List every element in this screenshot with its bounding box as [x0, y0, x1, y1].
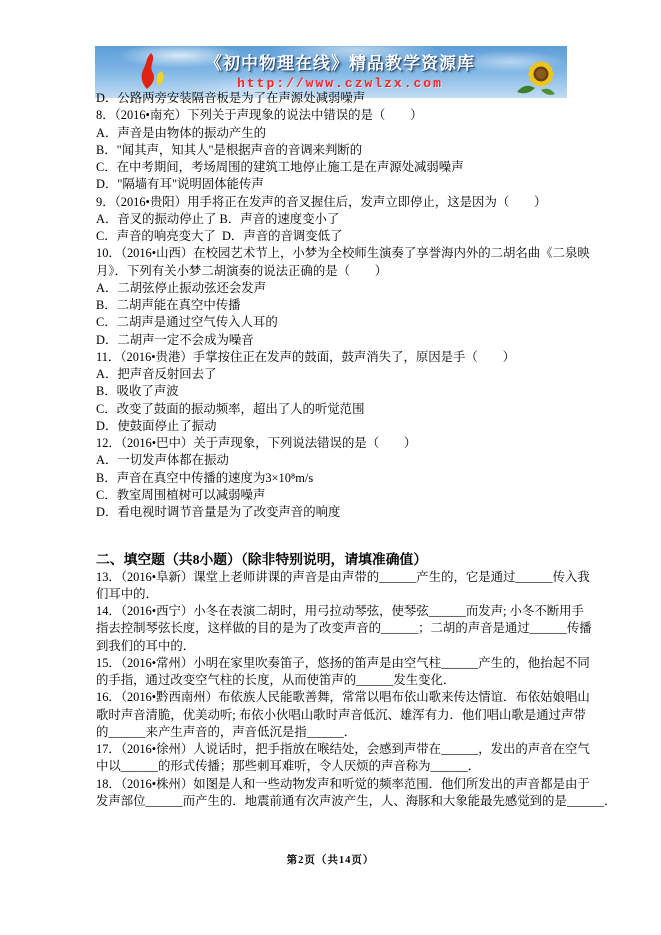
section-heading: 二、填空题（共8小题）（除非特别说明，请填准确值） — [96, 551, 574, 568]
text-line: 15．（2016•常州）小明在家里吹奏笛子，悠扬的笛声是由空气柱______产生… — [96, 655, 574, 672]
text-line: 中以______的形式传播；那些刺耳难听，令人厌烦的声音称为______． — [96, 758, 574, 775]
text-line: 歌时声音清脆，优美动听; 布依小伙唱山歌时声音低沉、雄浑有力．他们唱山歌是通过声… — [96, 707, 574, 724]
text-line: 9．（2016•贵阳）用手将正在发声的音叉握住后，发声立即停止，这是因为（ ） — [96, 194, 574, 211]
text-line: 月》．下列有关小梦二胡演奏的说法正确的是（ ） — [96, 263, 574, 280]
text-line: A．声音是由物体的振动产生的 — [96, 125, 574, 142]
text-line: A．一切发声体都在振动 — [96, 452, 574, 469]
text-line: A．把声音反射回去了 — [96, 366, 574, 383]
text-line: D．"隔墙有耳"说明固体能传声 — [96, 176, 574, 193]
text-line: 18．（2016•株州）如图是人和一些动物发声和听觉的频率范围．他们所发出的声音… — [96, 776, 574, 793]
text-line: 13．（2016•阜新）课堂上老师讲课的声音是由声带的______产生的，它是通… — [96, 569, 574, 586]
text-line: 到我们的耳中的． — [96, 638, 574, 655]
text-line: B．吸收了声波 — [96, 383, 574, 400]
banner-url-link[interactable]: http://www.czwlzx.com — [190, 76, 490, 91]
banner-title: 《初中物理在线》精品教学资源库 — [190, 49, 490, 74]
text-line: B．声音在真空中传播的速度为3×10⁸m/s — [96, 470, 574, 487]
text-line: A．音叉的振动停止了 B．声音的速度变小了 — [96, 211, 574, 228]
text-line: 发声部位______而产生的．地震前通有次声波产生，人、海豚和大象能最先感觉到的… — [96, 793, 574, 810]
text-line: 们耳中的． — [96, 586, 574, 603]
document-page: 《初中物理在线》精品教学资源库 http://www.czwlzx.com D．… — [0, 0, 661, 935]
text-line: D．二胡声一定不会成为噪音 — [96, 332, 574, 349]
text-line: 10．（2016•山西）在校园艺术节上，小梦为全校师生演奏了享誉海内外的二胡名曲… — [96, 245, 574, 262]
text-line: C．改变了鼓面的振动频率，超出了人的听觉范围 — [96, 401, 574, 418]
text-line: D．公路两旁安装隔音板是为了在声源处减弱噪声 — [96, 90, 574, 107]
flame-logo-icon — [137, 51, 177, 93]
text-line: B．"闻其声，知其人"是根据声音的音调来判断的 — [96, 142, 574, 159]
text-line: D．使鼓面停止了振动 — [96, 418, 574, 435]
blank-line — [96, 521, 574, 536]
text-line: 的______来产生声音的，声音低沉是指______． — [96, 724, 574, 741]
text-line: 12．（2016•巴中）关于声现象，下列说法错误的是（ ） — [96, 435, 574, 452]
text-line: C．在中考期间，考场周围的建筑工地停止施工是在声源处减弱噪声 — [96, 159, 574, 176]
text-line: D．看电视时调节音量是为了改变声音的响度 — [96, 504, 574, 521]
text-line: B．二胡声能在真空中传播 — [96, 297, 574, 314]
text-line: 14．（2016•西宁）小冬在表演二胡时，用弓拉动琴弦，使琴弦______而发声… — [96, 603, 574, 620]
text-line: 的手指，通过改变空气柱的长度，从而使笛声的______发生变化． — [96, 672, 574, 689]
text-line: 16．（2016•黔西南州）布依族人民能歌善舞，常常以唱布依山歌来传达情谊．布依… — [96, 689, 574, 706]
text-line: 指去控制琴弦长度，这样做的目的是为了改变声音的______；二胡的声音是通过__… — [96, 620, 574, 637]
blank-line — [96, 536, 574, 551]
question-text-block: D．公路两旁安装隔音板是为了在声源处减弱噪声8．（2016•南充）下列关于声现象… — [96, 90, 574, 810]
text-line: 17．（2016•徐州）人说话时，把手指放在喉结处，会感到声带在______，发… — [96, 741, 574, 758]
text-line: A．二胡弦停止振动弦还会发声 — [96, 280, 574, 297]
text-line: C．声音的响亮变大了 D．声音的音调变低了 — [96, 228, 574, 245]
page-number: 第2页（共14页） — [0, 852, 661, 867]
text-line: 11．（2016•贵港）手掌按住正在发声的鼓面，鼓声消失了，原因是手（ ） — [96, 349, 574, 366]
text-line: C．教室周围植树可以减弱噪声 — [96, 487, 574, 504]
text-line: 8．（2016•南充）下列关于声现象的说法中错误的是（ ） — [96, 107, 574, 124]
text-line: C．二胡声是通过空气传入人耳的 — [96, 314, 574, 331]
